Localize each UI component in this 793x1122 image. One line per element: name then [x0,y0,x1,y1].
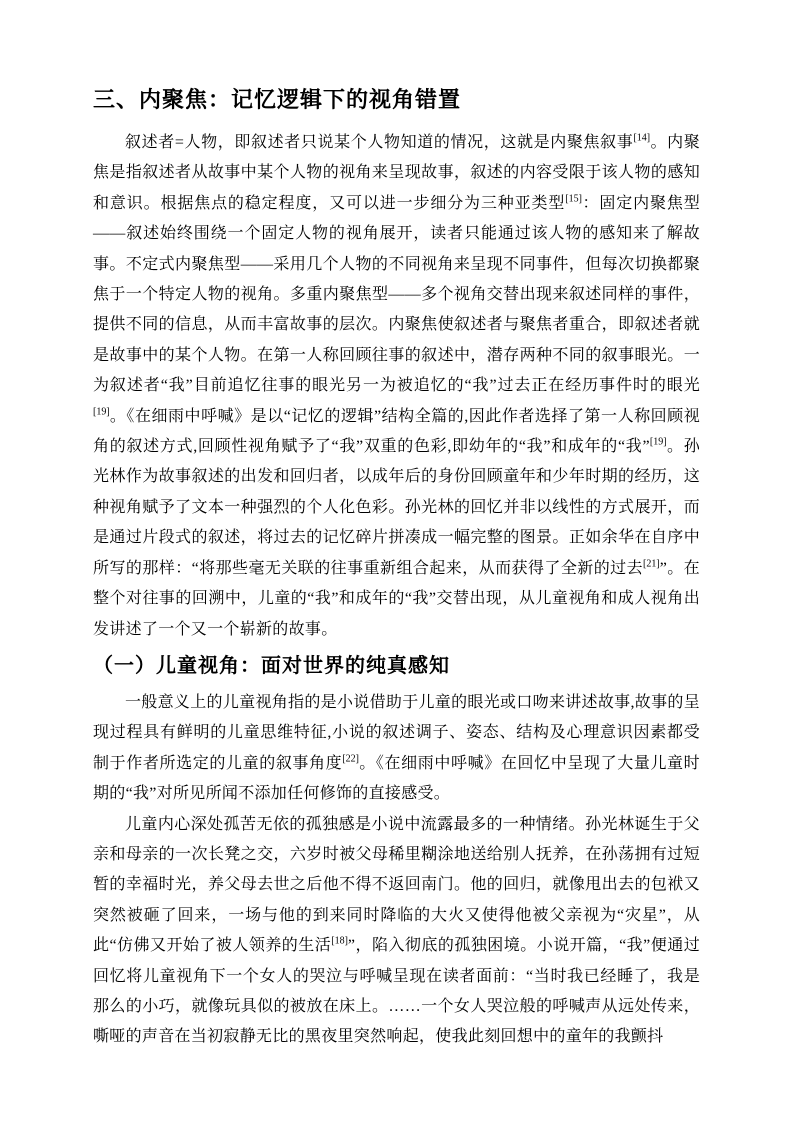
document-page: 三、内聚焦：记忆逻辑下的视角错置 叙述者=人物，即叙述者只说某个人物知道的情况，… [0,0,793,1122]
citation-superscript: [18] [331,936,348,947]
subsection-heading: （一）儿童视角：面对世界的纯真感知 [93,650,700,682]
paragraph-loneliness-childhood: 儿童内心深处孤苦无依的孤独感是小说中流露最多的一种情绪。孙光林诞生于父亲和母亲的… [93,810,700,1053]
section-heading: 三、内聚焦：记忆逻辑下的视角错置 [93,84,700,116]
paragraph-child-perspective-definition: 一般意义上的儿童视角指的是小说借助于儿童的眼光或口吻来讲述故事,故事的呈现过程具… [93,688,700,810]
citation-superscript: [19] [93,406,110,417]
citation-superscript: [22] [342,753,359,764]
paragraph-internal-focalization: 叙述者=人物，即叙述者只说某个人物知道的情况，这就是内聚焦叙事[14]。内聚焦是… [93,128,700,645]
citation-superscript: [14] [633,133,650,144]
citation-superscript: [19] [650,437,667,448]
citation-superscript: [21] [643,558,660,569]
citation-superscript: [15] [565,193,582,204]
